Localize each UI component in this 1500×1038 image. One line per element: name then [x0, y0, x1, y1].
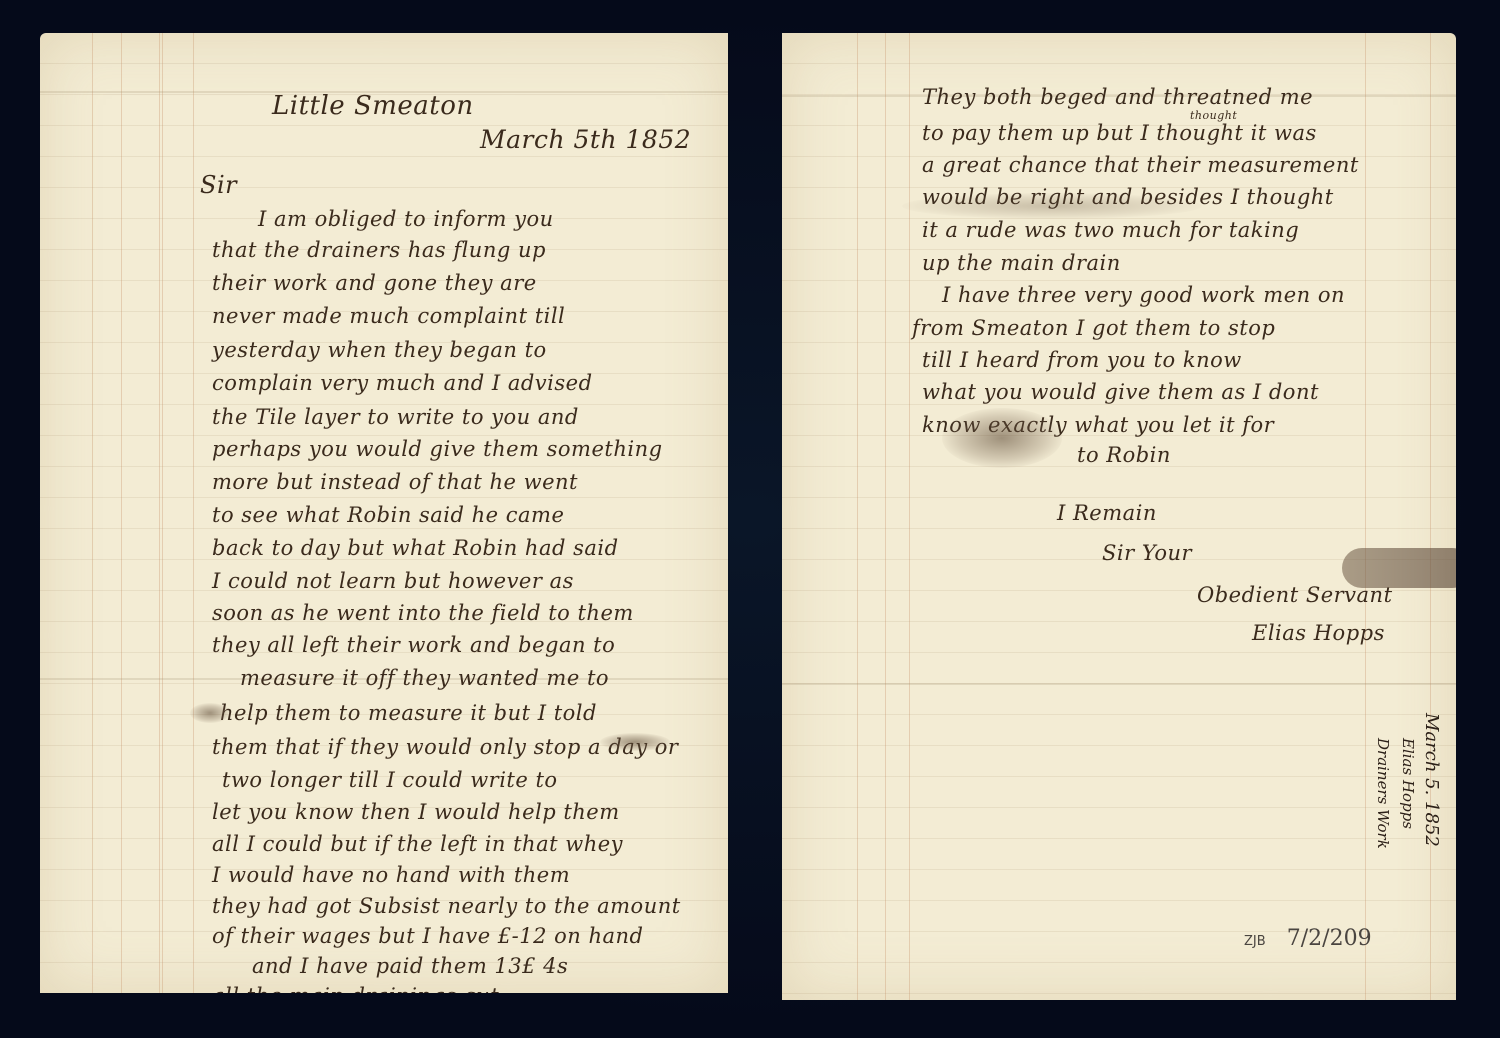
letter-line: and I have paid them 13£ 4s — [252, 954, 568, 978]
letter-line: They both beged and threatned me — [922, 85, 1313, 109]
letter-line: to pay them up but I thought it was — [922, 121, 1317, 145]
docket-date: March 5. 1852 — [1421, 713, 1442, 847]
letter-line: yesterday when they began to — [212, 338, 547, 362]
letter-line: all the main drainings cut — [212, 984, 499, 993]
letter-line: I would have no hand with them — [212, 863, 570, 887]
archive-number: 7/2/209 — [1287, 926, 1372, 951]
letter-line: from Smeaton I got them to stop — [912, 316, 1275, 340]
letter-line: perhaps you would give them something — [212, 437, 663, 461]
letter-line: let you know then I would help them — [212, 800, 620, 824]
docket-note: Elias Hopps — [1399, 738, 1417, 829]
ink-smudge — [600, 733, 670, 751]
letter-line: more but instead of that he went — [212, 470, 578, 494]
letter-line: the Tile layer to write to you and — [212, 405, 579, 429]
letter-line: two longer till I could write to — [222, 768, 558, 792]
letter-salutation: Sir — [200, 171, 237, 199]
letter-line: till I heard from you to know — [922, 348, 1242, 372]
letter-line: it a rude was two much for taking — [922, 218, 1299, 242]
water-stain — [902, 193, 1202, 219]
letter-line: that the drainers has flung up — [212, 238, 546, 262]
letter-line: to Robin — [1077, 443, 1171, 467]
docket-name: Elias Hopps — [1399, 738, 1417, 829]
closing-line: Sir Your — [1102, 541, 1192, 565]
letter-line: I am obliged to inform you — [258, 207, 554, 231]
letter-line: I could not learn but however as — [212, 569, 574, 593]
letter-line: never made much complaint till — [212, 304, 565, 328]
letter-line: they had got Subsist nearly to the amoun… — [212, 894, 681, 918]
letter-line: complain very much and I advised — [212, 371, 593, 395]
docket-subject: Drainers Work — [1374, 738, 1392, 849]
letter-page-left: Little Smeaton March 5th 1852 Sir I am o… — [40, 33, 728, 993]
ink-smudge — [1342, 548, 1456, 588]
letter-line: of their wages but I have £-12 on hand — [212, 924, 644, 948]
letter-line: measure it off they wanted me to — [240, 666, 609, 690]
docket-note: March 5. 1852 — [1421, 713, 1442, 847]
ink-smudge — [190, 703, 230, 723]
letter-line: they all left their work and began to — [212, 633, 615, 657]
archive-reference: ZJB 7/2/209 — [1244, 926, 1372, 951]
letter-line: I have three very good work men on — [942, 283, 1345, 307]
letter-date: March 5th 1852 — [480, 125, 691, 154]
archive-prefix: ZJB — [1244, 934, 1266, 949]
letter-line: all I could but if the left in that whey — [212, 832, 623, 856]
letter-line: help them to measure it but I told — [220, 701, 597, 725]
letter-line: a great chance that their measurement — [922, 153, 1359, 177]
letter-page-right: thought They both beged and threatned me… — [782, 33, 1456, 1000]
letter-line: what you would give them as I dont — [922, 380, 1319, 404]
water-stain — [942, 408, 1062, 468]
letter-heading: Little Smeaton — [272, 91, 474, 121]
letter-line: to see what Robin said he came — [212, 503, 564, 527]
letter-line: up the main drain — [922, 251, 1121, 275]
letter-line: soon as he went into the field to them — [212, 601, 634, 625]
letter-line: their work and gone they are — [212, 271, 537, 295]
docket-note: Drainers Work — [1374, 738, 1392, 849]
letter-line: back to day but what Robin had said — [212, 536, 619, 560]
signature: Elias Hopps — [1252, 621, 1385, 645]
closing-line: I Remain — [1057, 501, 1157, 525]
